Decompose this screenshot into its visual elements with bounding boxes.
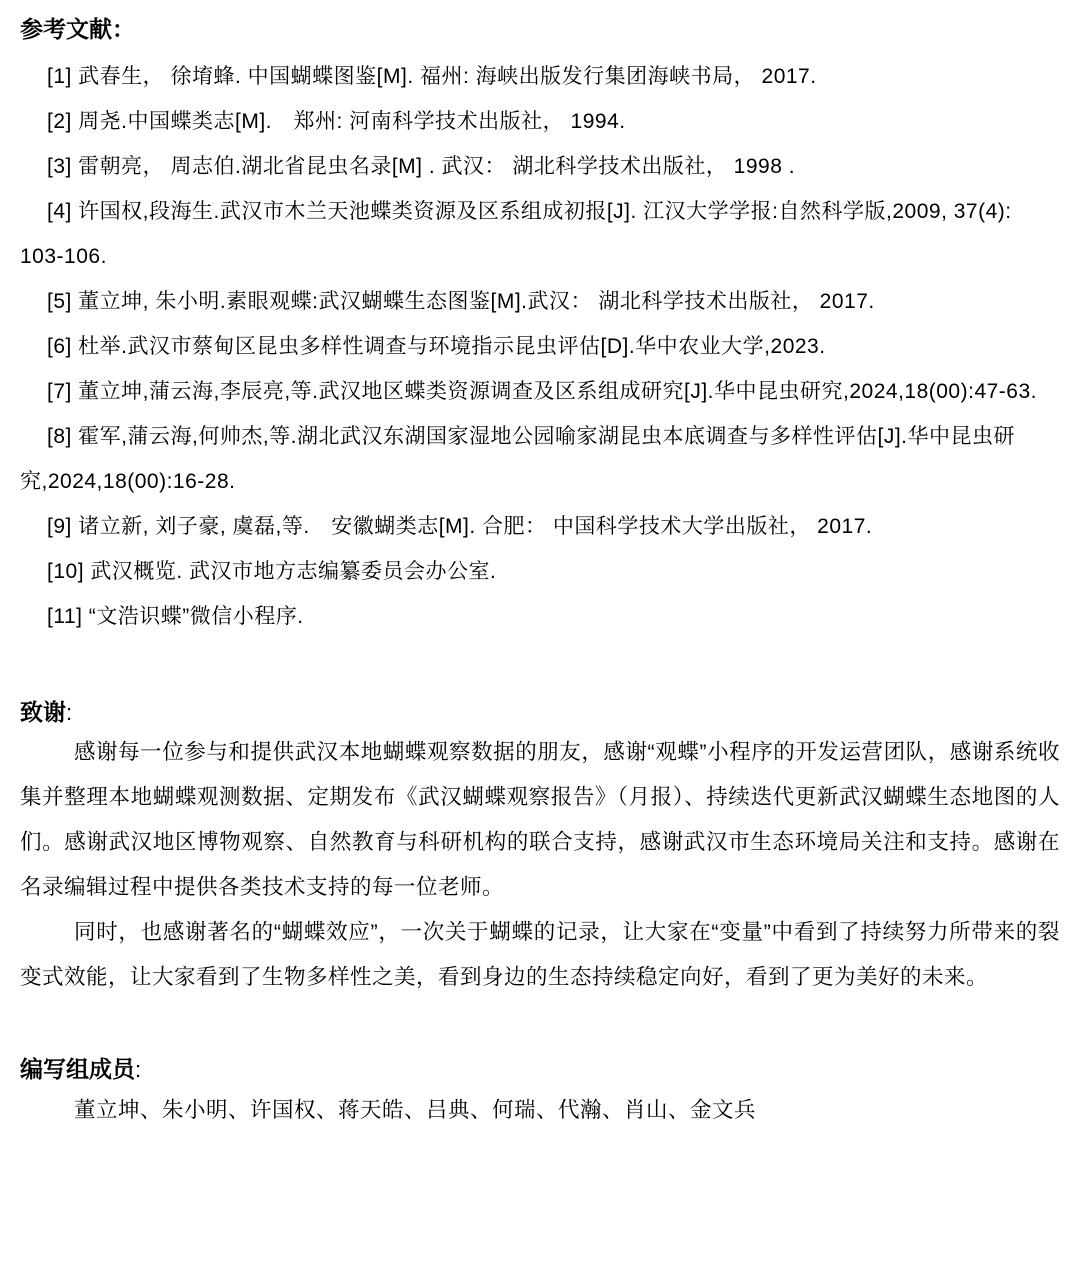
reference-item-2: [2] 周尧.中国蝶类志[M]. 郑州: 河南科学技术出版社， 1994.: [20, 99, 1060, 144]
acknowledgments-heading-colon: :: [66, 700, 72, 725]
acknowledgments-heading-text: 致谢: [20, 699, 66, 725]
team-section: 编写组成员: 董立坤、朱小明、许国权、蒋天皓、吕典、何瑞、代瀚、肖山、金文兵: [20, 1052, 1060, 1133]
acknowledgments-paragraph-2: 同时，也感谢著名的“蝴蝶效应”，一次关于蝴蝶的记录，让大家在“变量”中看到了持续…: [20, 910, 1060, 1000]
references-heading: 参考文献：: [20, 12, 1060, 46]
team-heading-text: 编写组成员: [20, 1056, 135, 1082]
team-heading: 编写组成员:: [20, 1052, 1060, 1087]
reference-item-1: [1] 武春生， 徐堉蜂. 中国蝴蝶图鉴[M]. 福州: 海峡出版发行集团海峡书…: [20, 54, 1060, 99]
reference-list: [1] 武春生， 徐堉蜂. 中国蝴蝶图鉴[M]. 福州: 海峡出版发行集团海峡书…: [20, 54, 1060, 639]
document-page: 参考文献： [1] 武春生， 徐堉蜂. 中国蝴蝶图鉴[M]. 福州: 海峡出版发…: [0, 0, 1080, 1272]
acknowledgments-paragraph-1: 感谢每一位参与和提供武汉本地蝴蝶观察数据的朋友，感谢“观蝶”小程序的开发运营团队…: [20, 730, 1060, 910]
reference-item-11: [11] “文浩识蝶”微信小程序.: [20, 594, 1060, 639]
reference-item-10: [10] 武汉概览. 武汉市地方志编纂委员会办公室.: [20, 549, 1060, 594]
reference-item-6: [6] 杜举.武汉市蔡甸区昆虫多样性调查与环境指示昆虫评估[D].华中农业大学,…: [20, 324, 1060, 369]
acknowledgments-body: 感谢每一位参与和提供武汉本地蝴蝶观察数据的朋友，感谢“观蝶”小程序的开发运营团队…: [20, 730, 1060, 1000]
reference-item-4: [4] 许国权,段海生.武汉市木兰天池蝶类资源及区系组成初报[J]. 江汉大学学…: [20, 189, 1060, 279]
reference-item-9: [9] 诸立新, 刘子豪, 虞磊,等. 安徽蝴类志[M]. 合肥： 中国科学技术…: [20, 504, 1060, 549]
reference-item-5: [5] 董立坤, 朱小明.素眼观蝶:武汉蝴蝶生态图鉴[M].武汉： 湖北科学技术…: [20, 279, 1060, 324]
acknowledgments-section: 致谢: 感谢每一位参与和提供武汉本地蝴蝶观察数据的朋友，感谢“观蝶”小程序的开发…: [20, 695, 1060, 1000]
team-heading-colon: :: [135, 1057, 141, 1082]
team-members-list: 董立坤、朱小明、许国权、蒋天皓、吕典、何瑞、代瀚、肖山、金文兵: [20, 1087, 1060, 1133]
reference-item-7: [7] 董立坤,蒲云海,李辰亮,等.武汉地区蝶类资源调查及区系组成研究[J].华…: [20, 369, 1060, 414]
acknowledgments-heading: 致谢:: [20, 695, 1060, 730]
reference-item-3: [3] 雷朝亮， 周志伯.湖北省昆虫名录[M] . 武汉： 湖北科学技术出版社，…: [20, 144, 1060, 189]
reference-item-8: [8] 霍军,蒲云海,何帅杰,等.湖北武汉东湖国家湿地公园喻家湖昆虫本底调查与多…: [20, 414, 1060, 504]
